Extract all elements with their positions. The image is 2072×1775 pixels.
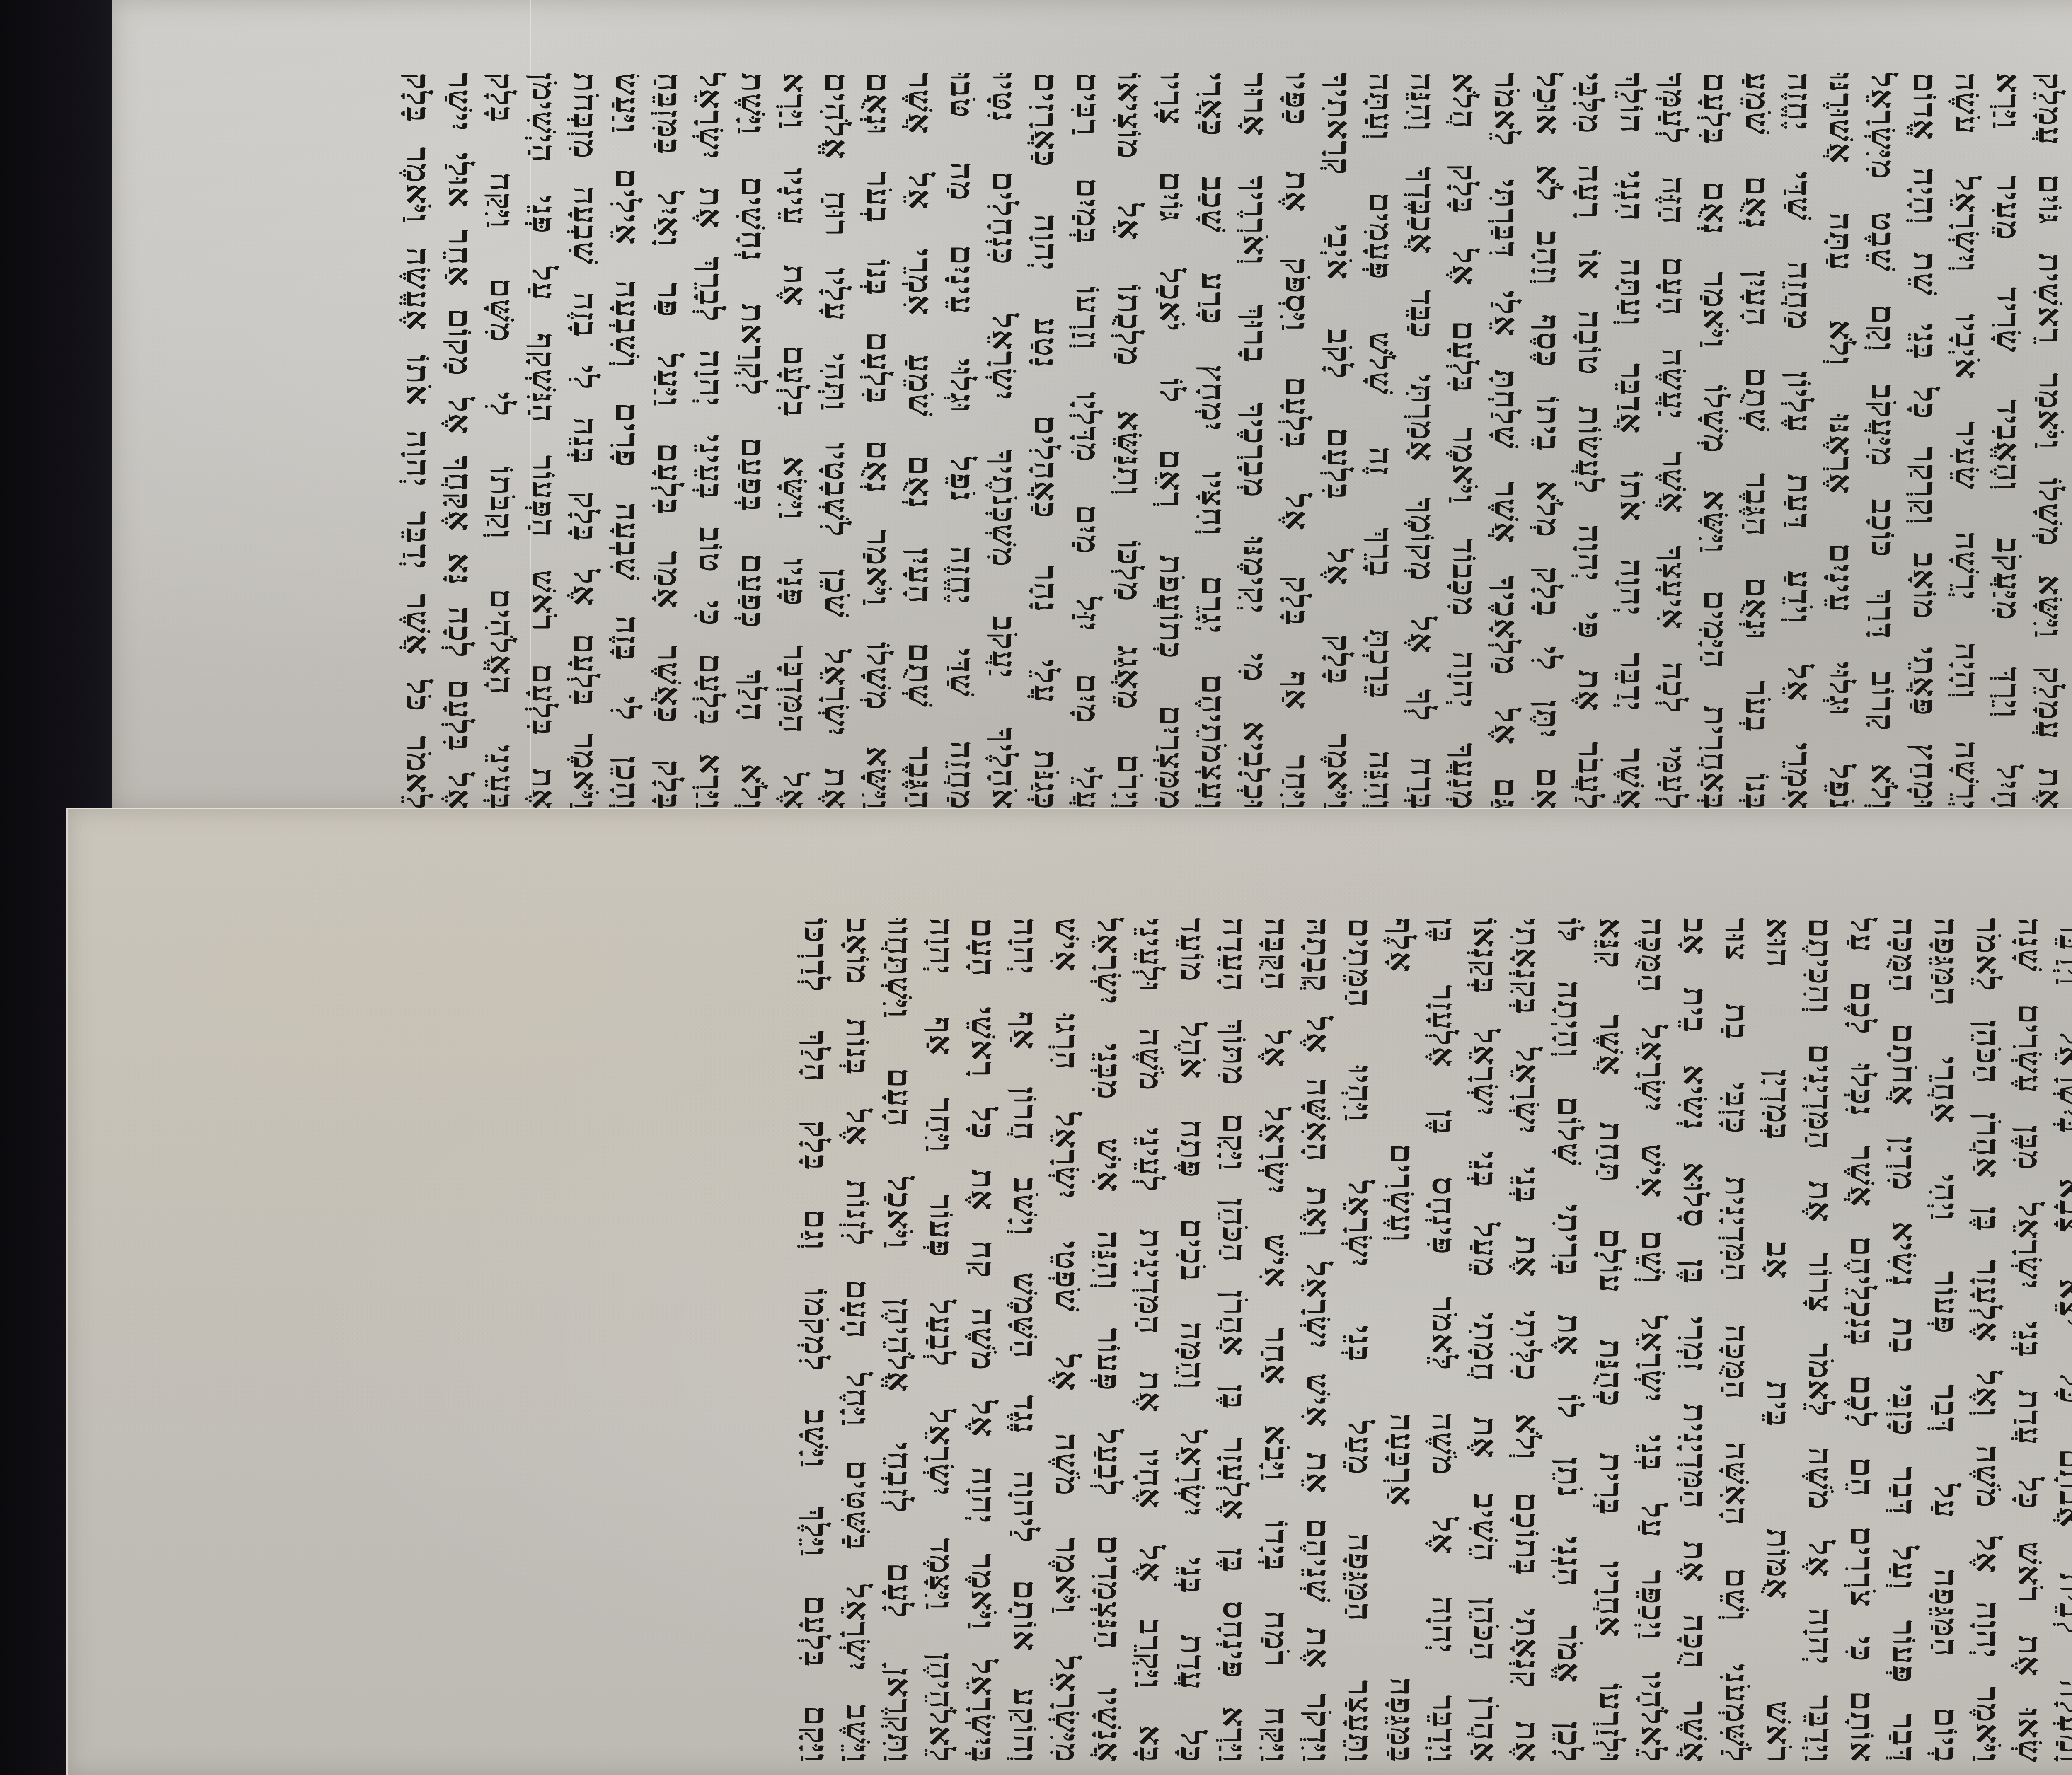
text-line: וְהוֹקַע אוֹתָם לַיהוָה נֶגֶד הַשָּׁמֶשׁ… — [1004, 918, 1046, 1763]
text-line: חָיִל וְיֵרְדְּ מִיַּעֲקֹב וְהֶאֱבִיד שָ… — [1987, 73, 2029, 810]
text-line: וַיֹּאמֶר בִּלְעָם אֶל בָּלָק בְּנֵה לִי… — [564, 73, 606, 810]
text-line: אֶת עֲמָלֵק וַיִּשָּׂא מְשָׁלוֹ וַיֹּאמַ… — [2029, 73, 2071, 810]
text-line: אֶת בִּלְעָם רֹאשׁ הַפְּעוֹר הַנִּשְׁקָף… — [523, 73, 564, 810]
text-line: וַיִּדְקֹר אֶת שְׁנֵיהֶם אֵת אִישׁ יִשְׂ… — [1297, 918, 1339, 1763]
text-line: וּכְלָבִיא מִי יְקִימֶנּוּ מְבָרְכֶיךָ ב… — [1234, 73, 1276, 810]
text-line: מְנָעֲךָ יְהוָה מִכָּבוֹד וַיֹּאמֶר בִּל… — [1443, 73, 1485, 810]
text-line: בְּעֵינֵי הָאֱלֹהִים וְקַבֹּתוֹ לִי מִשָ… — [481, 73, 523, 810]
text-line: לָכֵן אֱמֹר הִנְנִי נֹתֵן לוֹ אֶת בְּרִי… — [1548, 918, 1590, 1763]
text-line: כְּגַנֹּת עֲלֵי נָהָר כַּאֲהָלִים נָטַע … — [1025, 73, 1067, 810]
text-line: וַיֹּאמֶר בָּלָק אֶל בִּלְעָם לָקֹב אֹיְ… — [1318, 73, 1360, 810]
text-line: אֲשֶׁר הֻכָּה אֶת הַמִּדְיָנִית זִמְרִי … — [1674, 918, 1716, 1763]
text-line: וַיִּשָּׂא מְשָׁלוֹ וַיֹּאמַר נְאֻם בִּל… — [857, 73, 899, 810]
text-line: לֵאלֹהָיו וַיְכַפֵּר עַל בְּנֵי יִשְׂרָא… — [1632, 918, 1674, 1763]
text-line: לֵאלֹהֵיהֶן וַיִּצָּמֶד יִשְׂרָאֵל לְבַע… — [920, 918, 962, 1763]
text-line: אֹהָלֶיךָ יַעֲקֹב מִשְׁכְּנֹתֶיךָ יִשְׂר… — [983, 73, 1025, 810]
text-line: מִיִּשְׂרָאֵל וַיֹּאמֶר מֹשֶׁה אֶל שֹׁפְ… — [1046, 918, 1088, 1763]
text-line: נֹפֵל וּגְלוּי עֵינָיִם אֶרְאֶנּוּ וְלֹא… — [1820, 73, 1862, 810]
text-line: שְׂאוּ אֶת רֹאשׁ כָּל עֲדַת בְּנֵי יִשְׂ… — [2009, 918, 2050, 1763]
text-line: וַיִּחַר אַף בָּלָק אֶל בִּלְעָם וַיִּסְ… — [1276, 73, 1318, 810]
text-line: וַיְדַבֵּר יְהוָה אֶל מֹשֶׁה לֵּאמֹר פִּ… — [1423, 918, 1464, 1763]
text-line: וַיַּרְא פִּינְחָס בֶּן אֶלְעָזָר בֶּן א… — [1213, 918, 1255, 1763]
text-column-lower: מֹשֶׁה וְאֶלְעָזָר הַכֹּהֵן אֹתָם בְּעַר… — [261, 918, 2072, 1763]
text-line: וְיָרֹם מֵאֲגַג מַלְכּוֹ וְתִנַּשֵּׂא מַ… — [1109, 73, 1150, 810]
text-line: וּלְזַרְעוֹ אַחֲרָיו בְּרִית כְּהֻנַּת ע… — [1590, 918, 1632, 1763]
text-line: אֶל בִּלְעָם לְכָה נָּא אֶקָּחֲךָ אֶל מָ… — [439, 73, 481, 810]
text-line: לֵאמֹר כֹּל אֲשֶׁר יְדַבֵּר יְהוָה אֹתוֹ… — [397, 73, 439, 810]
text-line: לַעֲבֹר אֶת פִּי יְהוָה לַעֲשׂוֹת טוֹבָה… — [1569, 73, 1611, 810]
text-line: גַּם אֶל מַלְאָכֶיךָ אֲשֶׁר שָׁלַחְתָּ א… — [1485, 73, 1527, 810]
text-line: עֲלֵי מָיִם יִזַּל מַיִם מִדָּלְיָו וְזַ… — [1067, 73, 1109, 810]
text-line: וַתֵּעָצַר הַמַּגֵּפָה מֵעַל בְּנֵי יִשְ… — [1339, 918, 1381, 1763]
text-line: וְהִנֵּה בֵּרַכְתָּ בָרֵךְ זֶה שָׁלֹשׁ פ… — [1360, 73, 1402, 810]
text-line: וְלֹא הָלַךְ כְּפַעַם בְּפַעַם לִקְרַאת … — [732, 73, 774, 810]
text-line: בַּמַּגֵּפָה אַרְבָּעָה וְעֶשְׂרִים אָלֶ… — [1381, 918, 1423, 1763]
text-line: אַהֲרֹן הַכֹּהֵן הֵשִׁיב אֶת חֲמָתִי מֵע… — [1464, 918, 1506, 1763]
text-line: וְלֹא קָרוֹב דָּרַךְ כּוֹכָב מִיַּעֲקֹב … — [1862, 73, 1904, 810]
text-line: כָּל עֲדַת בְּנֵי יִשְׂרָאֵל וְהֵמָּה בֹ… — [1172, 918, 1213, 1763]
text-line: לַשִּׁמְעֹנִי וְשֵׁם הָאִשָּׁה הַמֻּכָּה… — [1716, 918, 1757, 1763]
text-line: אֲנָשָׁיו הַנִּצְמָדִים לְבַעַל פְּעוֹר … — [1088, 918, 1130, 1763]
text-column-upper: וְצִים מִיַּד כִּתִּים וְעִנּוּ אַשּׁוּר… — [340, 73, 2072, 810]
text-line: וַיִּקַּח רֹמַח בְּיָדוֹ וַיָּבֹא אַחַר … — [1255, 918, 1297, 1763]
text-line: וַתִּקְרֶאןָ לָעָם לְזִבְחֵי אֱלֹהֵיהֶן … — [879, 918, 920, 1763]
text-line: אֶל הַמִּדְבָּר פָּנָיו וַיִּשָּׂא בִלְע… — [774, 73, 816, 810]
text-line: מַחֲזֵה שַׁדַּי יֶחֱזֶה נֹפֵל וּגְלוּי ע… — [941, 73, 983, 810]
text-line: מִמִּצְרַיִם כְּתוֹעֲפֹת רְאֵם לוֹ יֹאכַ… — [1150, 73, 1192, 810]
text-line: בְּיִשְׂרָאֵל וַיֹּאמֶר יְהוָה אֶל מֹשֶׁ… — [962, 918, 1004, 1763]
text-line: וְעַצְמֹתֵיהֶם יְגָרֵם וְחִצָּיו יִמְחָץ… — [1192, 73, 1234, 810]
text-line: בְּרַח לְךָ אֶל מְקוֹמֶךָ אָמַרְתִּי כַּ… — [1402, 73, 1443, 810]
text-line: וַיַּרְא בִּלְעָם כִּי טוֹב בְּעֵינֵי יְ… — [690, 73, 732, 810]
text-line: וַיְדַבֵּר יְהוָה אֶל מֹשֶׁה לֵּאמֹר צָר… — [1799, 918, 1841, 1763]
text-line: הַגֶּבֶר שְׁתֻם הָעָיִן נְאֻם שֹׁמֵעַ אִ… — [899, 73, 941, 810]
text-line: אֲשֶׁר יְדַבֵּר יְהוָה אֹתוֹ אֲדַבֵּר וְ… — [1611, 73, 1653, 810]
text-line: דְּבַר פְּעוֹר וְעַל דְּבַר כָּזְבִּי בַ… — [1883, 918, 1925, 1763]
text-line: בְיוֹם הַמַּגֵּפָה עַל דְּבַר פְּעוֹר וַ… — [1925, 918, 1967, 1763]
text-line: אוֹתָם כִּי צֹרְרִים הֵם לָכֶם בְּנִכְלֵ… — [1841, 918, 1883, 1763]
text-line: בָּלָק כַּאֲשֶׁר אָמַר בִּלְעָם וַיַּעַל… — [648, 73, 690, 810]
text-line: וָמַעְלָה לְבֵית אֲבֹתָם כָּל יֹצֵא צָבָ… — [2050, 918, 2072, 1763]
text-line: רֹאשׁ אֻמּוֹת בֵּית אָב בְּמִדְיָן הוּא — [1757, 918, 1799, 1763]
text-line: וַיֹּאמֶר יְהוָה אֶל מֹשֶׁה וְאֶל אֶלְעָ… — [1967, 918, 2009, 1763]
text-line: יְרֵשָׁה וְהָיָה יְרֵשָׁה שֵׂעִיר אֹיְבָ… — [1946, 73, 1987, 810]
text-line: אֶת קִנְאָתִי בְּתוֹכָם וְלֹא כִלִּיתִי … — [1506, 918, 1548, 1763]
text-line: בְּנוֹ בְעֹר וּנְאֻם הַגֶּבֶר שְׁתֻם הָע… — [1736, 73, 1778, 810]
text-line: בְּאַחֲרִית הַיָּמִים וַיִּשָּׂא מְשָׁלו… — [1694, 73, 1736, 810]
text-line: לְעַמִּי לְכָה אִיעָצְךָ אֲשֶׁר יַעֲשֶׂה… — [1653, 73, 1694, 810]
text-line: וּמָחַץ פַּאֲתֵי מוֹאָב וְקַרְקַר כָּל ב… — [1904, 73, 1946, 810]
text-line: אִמְרֵי אֵל וְיֹדֵעַ דַּעַת עֶלְיוֹן מַח… — [1778, 73, 1820, 810]
text-line: בָּא וַיַּקְרֵב אֶל אֶחָיו אֶת הַמִּדְיָ… — [1130, 918, 1172, 1763]
text-line: וַיֵּשֶׁב יִשְׂרָאֵל בַּשִּׁטִּים וַיָּח… — [837, 918, 879, 1763]
text-line: וְהָכֵן לִי בָּזֶה שִׁבְעָה פָרִים וְשִׁ… — [606, 73, 648, 810]
text-line: אֶת יִשְׂרָאֵל שֹׁכֵן לִשְׁבָטָיו וַתְּה… — [816, 73, 857, 810]
text-line: אִם יִתֶּן לִי בָלָק מְלֹא בֵיתוֹ כֶּסֶף… — [1527, 73, 1569, 810]
text-line: וַיָּקָם בִּלְעָם וַיֵּלֶךְ וַיָּשָׁב לִ… — [795, 918, 837, 1763]
